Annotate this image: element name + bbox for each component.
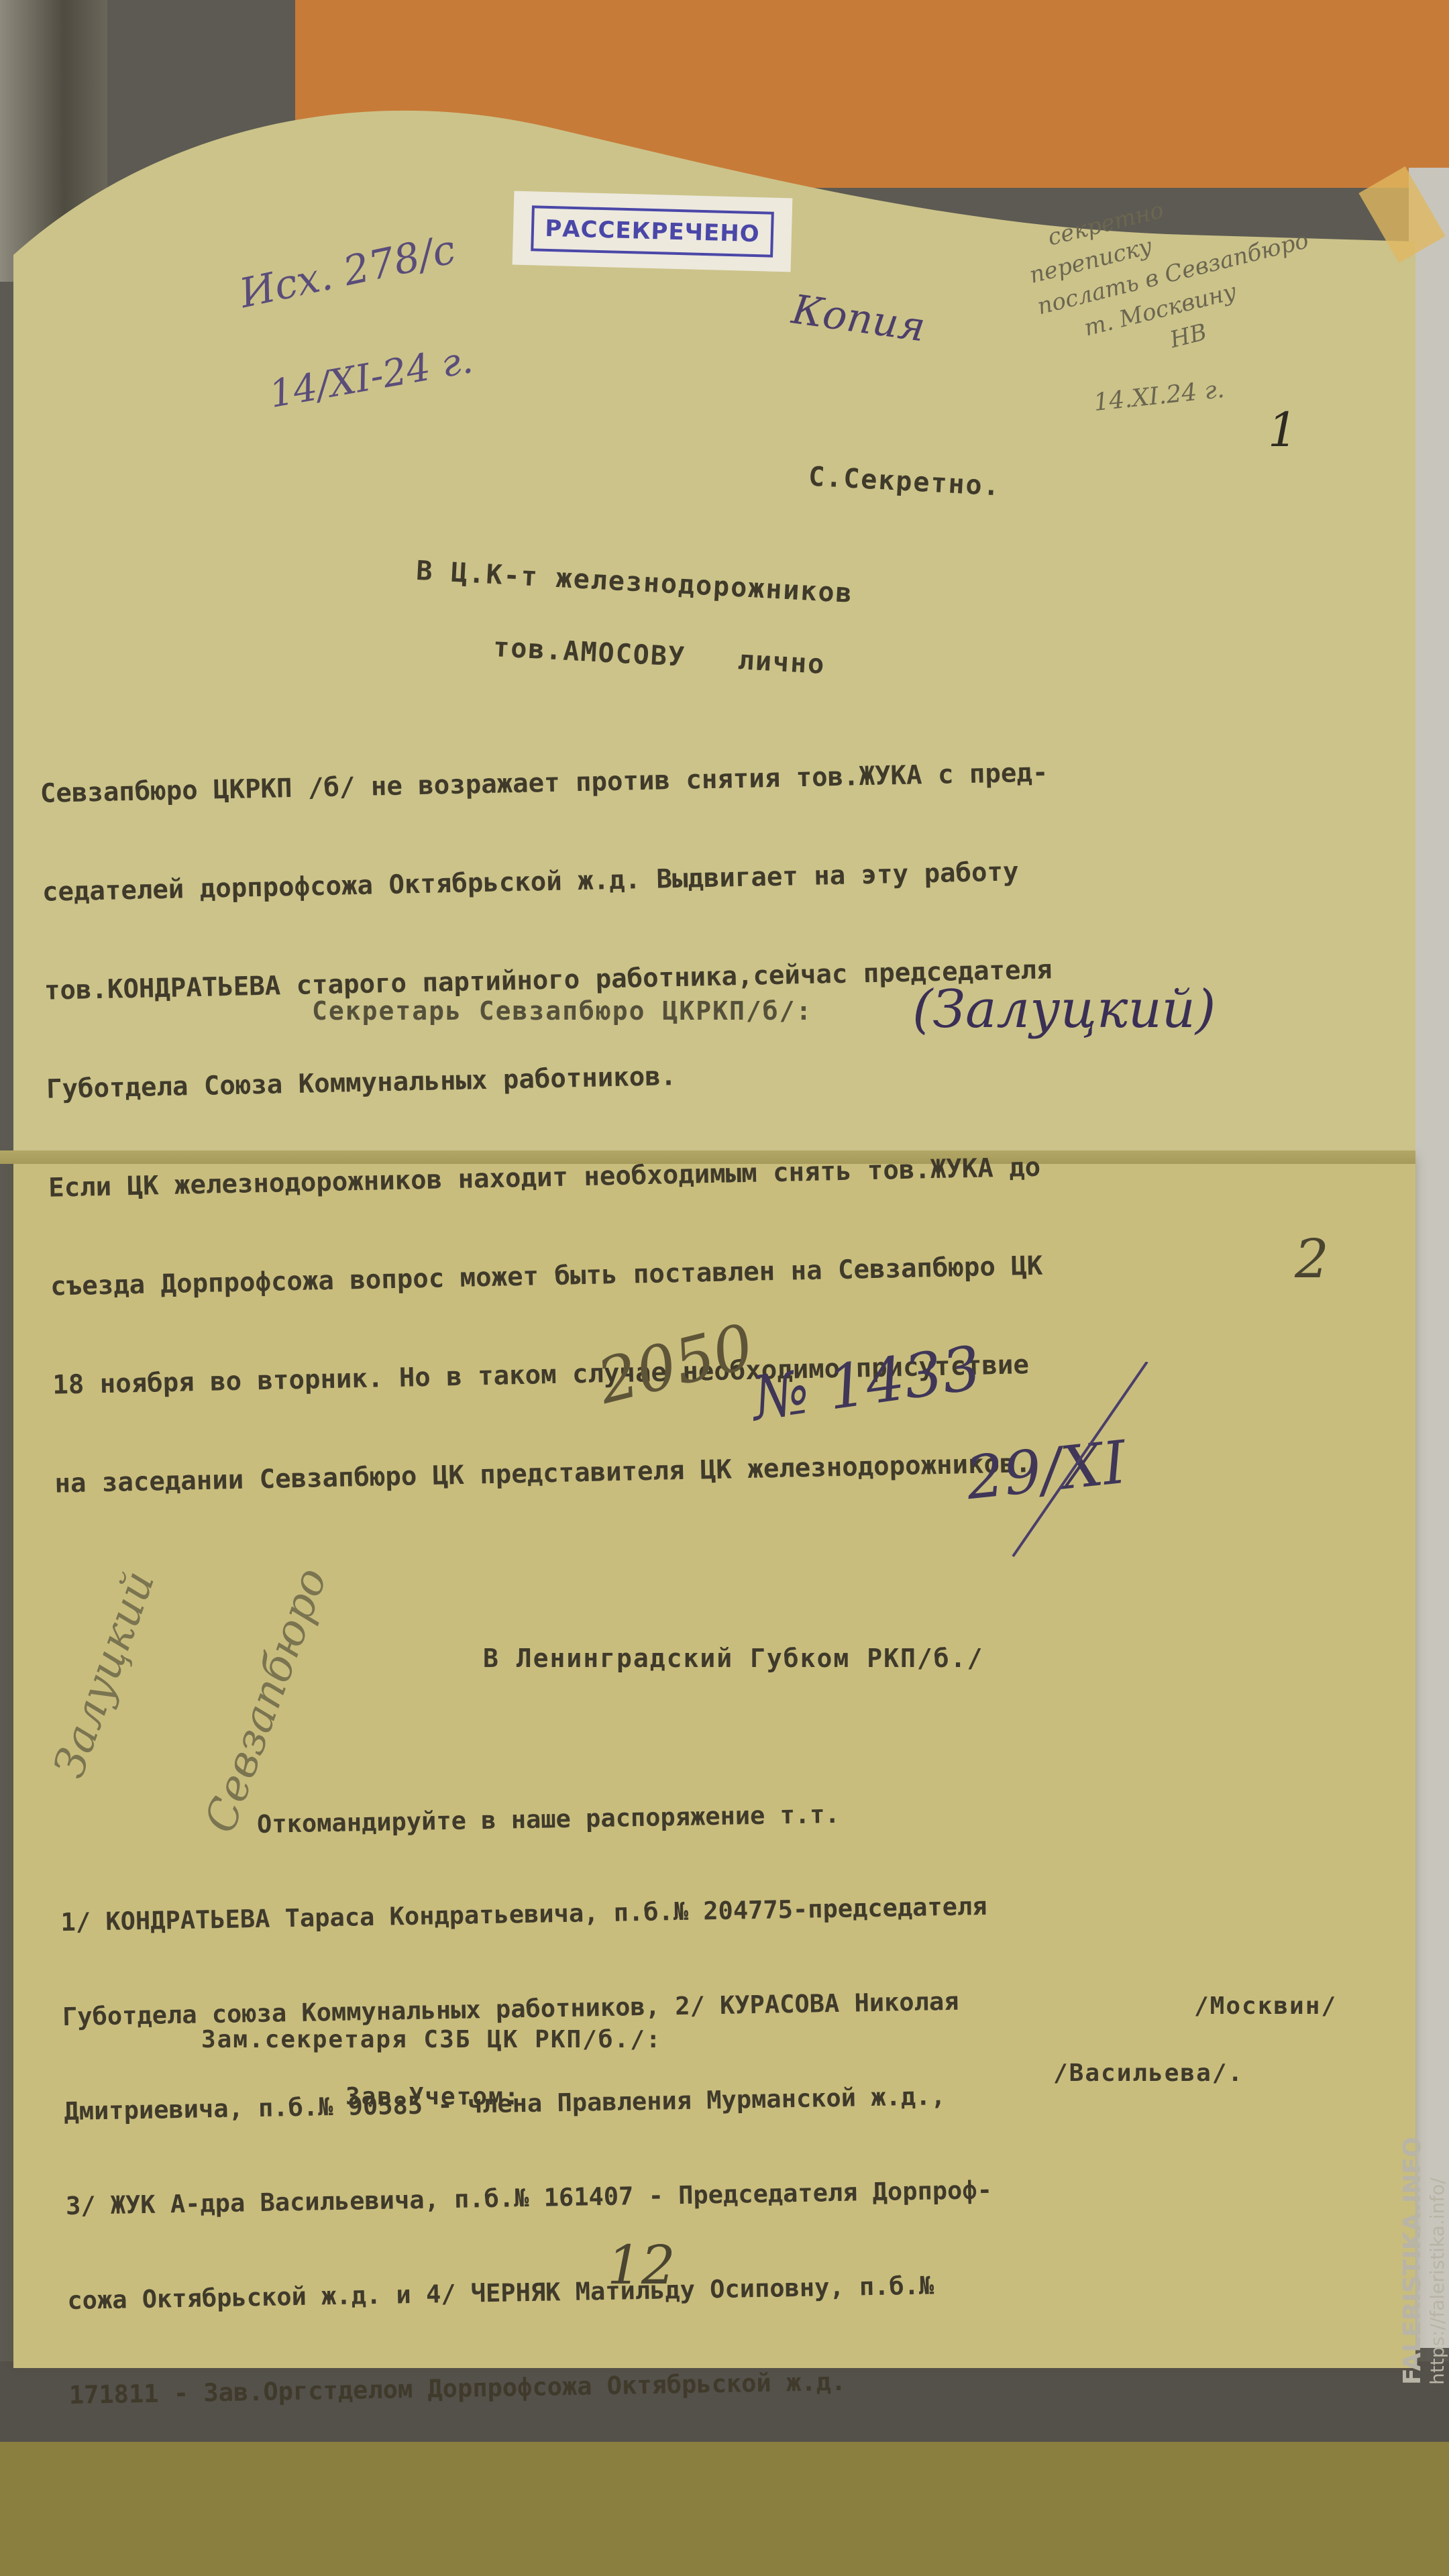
watermark: FALERISTIKA.INFO https://faleristika.inf… xyxy=(1399,2137,1448,2385)
margin-note-line: Залуцкий xyxy=(42,1506,188,1785)
body-line: Если ЦК железнодорожников находит необхо… xyxy=(48,1150,1057,1204)
signature-name: (Залуцкий) xyxy=(912,979,1216,1040)
body-line: на заседании Севзапбюро ЦК представителя… xyxy=(54,1446,1063,1500)
order-line: сожа Октябрьской ж.д. и 4/ ЧЕРНЯК Матиль… xyxy=(67,2269,994,2316)
body-line: съезда Дорпрофсожа вопрос может быть пос… xyxy=(50,1249,1059,1303)
page-number-2: 2 xyxy=(1295,1228,1329,1290)
signatory-2-name: /Васильева/. xyxy=(1053,2059,1244,2087)
declassified-stamp: РАССЕКРЕЧЕНО xyxy=(513,191,793,272)
body-line: Севзапбюро ЦКРКП /б/ не возражает против… xyxy=(40,756,1048,810)
archive-mark: 12 xyxy=(607,2234,676,2296)
body-line: седателей дорпрофсожа Октябрьской ж.д. В… xyxy=(42,855,1050,908)
signatory-2-title: Зав.Учетом: xyxy=(345,2083,520,2110)
date-slash-line xyxy=(1000,1362,1174,1563)
order-line: 1/ КОНДРАТЬЕВА Тараса Кондратьевича, п.б… xyxy=(60,1890,987,1938)
signatory-1-title: Зам.секретаря СЗБ ЦК РКП/б./: xyxy=(201,2026,662,2053)
watermark-brand: FALERISTIKA.INFO xyxy=(1399,2137,1426,2385)
stamp-label: РАССЕКРЕЧЕНО xyxy=(531,205,773,257)
body-line: Губотдела Союза Коммунальных работников. xyxy=(46,1052,1055,1106)
page2-addressee: В Ленинградский Губком РКП/б./ xyxy=(483,1644,983,1673)
background-bottom-strip xyxy=(0,2442,1449,2576)
order-line: 3/ ЖУК А-дра Васильевича, п.б.№ 161407 -… xyxy=(66,2174,993,2222)
order-body: Откомандируйте в наше распоряжение т.т. … xyxy=(58,1733,996,2443)
order-line: 171811 - Зав.Оргстделом Дорпрофсожа Октя… xyxy=(68,2363,996,2411)
page-number-1: 1 xyxy=(1268,402,1298,458)
signatory-1-name: /Москвин/ xyxy=(1194,1992,1337,2020)
watermark-url: https://faleristika.info/ xyxy=(1426,2137,1448,2385)
order-line: Дмитриевича, п.б.№ 90585 - члена Правлен… xyxy=(64,2080,991,2127)
signature-title: Секретарь Севзапбюро ЦКРКП/б/: xyxy=(312,996,812,1026)
order-line: Откомандируйте в наше распоряжение т.т. xyxy=(59,1796,986,1843)
